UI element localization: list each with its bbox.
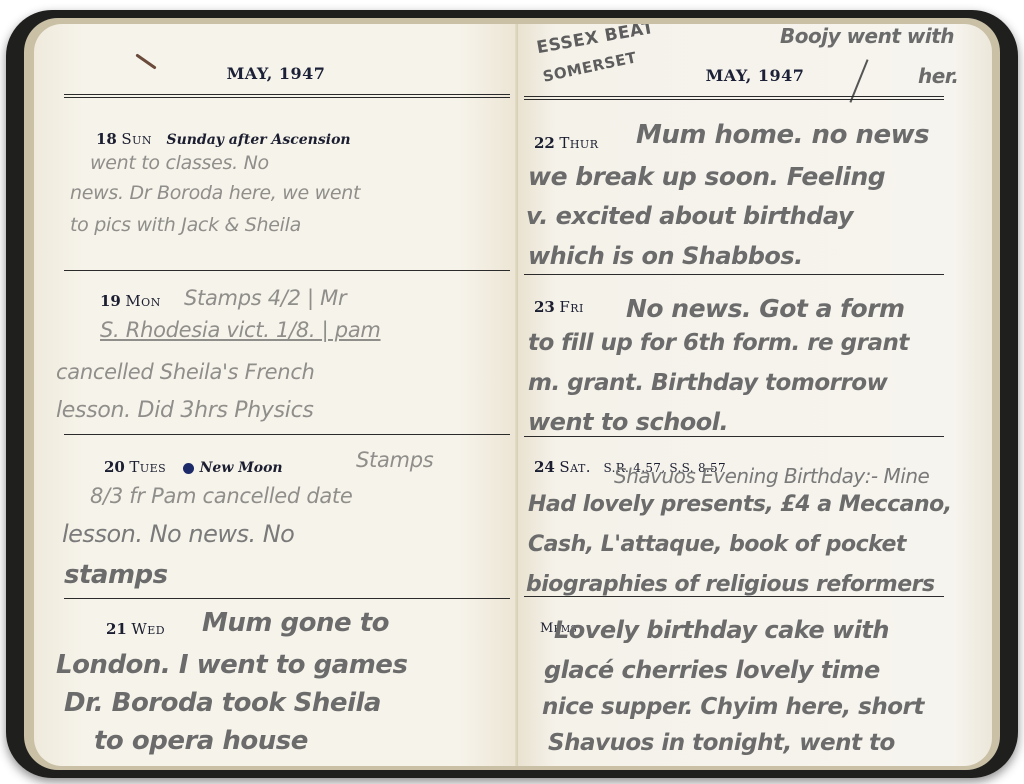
day-name: Sat.	[559, 458, 591, 476]
entry-line: which is on Shabbos.	[528, 242, 803, 270]
entry-line: to pics with Jack & Sheila	[70, 214, 301, 236]
day-number: 23	[534, 298, 555, 316]
entry-line: v. excited about birthday	[526, 202, 853, 230]
entry-line: S. Rhodesia vict. 1/8. | pam	[100, 318, 381, 342]
day-divider	[524, 596, 944, 597]
day-divider	[524, 274, 944, 275]
day-note: New Moon	[200, 460, 283, 476]
entry-line: glacé cherries lovely time	[544, 656, 880, 684]
entry-line: Mum gone to	[202, 608, 389, 638]
entry-line: to opera house	[94, 726, 308, 756]
entry-line: Stamps 4/2 | Mr	[184, 286, 346, 310]
entry-line: lesson. No news. No	[62, 520, 294, 548]
day-label-22: 22 Thur	[534, 134, 598, 152]
day-name: Fri	[559, 298, 584, 316]
entry-line: went to classes. No	[90, 152, 269, 174]
day-number: 24	[534, 458, 555, 476]
header-rule	[64, 94, 510, 98]
entry-line: cancelled Sheila's French	[56, 360, 315, 384]
day-label-20: 20 Tues New Moon	[104, 458, 283, 476]
day-name: Mon	[125, 292, 161, 310]
right-page: ESSEX BEAT SOMERSET Boojy went with her.…	[518, 24, 992, 766]
day-label-23: 23 Fri	[534, 298, 584, 316]
entry-line: Shavuos Evening Birthday:- Mine	[614, 464, 929, 488]
page-header-left: MAY, 1947	[34, 64, 518, 83]
day-divider	[524, 436, 944, 437]
day-number: 22	[534, 134, 555, 152]
day-number: 20	[104, 458, 125, 476]
entry-line: London. I went to games	[56, 650, 407, 680]
entry-line: Had lovely presents, £4 a Meccano,	[528, 492, 952, 517]
entry-line: news. Dr Boroda here, we went	[70, 182, 360, 204]
new-moon-icon	[183, 463, 194, 474]
entry-line: m. grant. Birthday tomorrow	[528, 370, 887, 396]
entry-line: No news. Got a form	[626, 294, 905, 323]
entry-line: nice supper. Chyim here, short	[542, 694, 924, 720]
left-page: MAY, 1947 18 Sun Sunday after Ascension …	[34, 24, 518, 766]
day-number: 19	[100, 292, 121, 310]
entry-line: we break up soon. Feeling	[528, 162, 885, 191]
day-number: 18	[96, 130, 117, 148]
entry-line: went to school.	[528, 408, 728, 436]
margin-note: ESSEX BEAT	[535, 24, 656, 58]
entry-line: Cash, L'attaque, book of pocket	[528, 532, 906, 557]
entry-line: 8/3 fr Pam cancelled date	[90, 484, 352, 508]
day-number: 21	[106, 620, 127, 638]
entry-line: Shavuos in tonight, went to	[548, 730, 895, 756]
page-header-right: MAY, 1947	[518, 66, 992, 85]
entry-line: biographies of religious reformers	[526, 572, 935, 597]
entry-line: Lovely birthday cake with	[554, 616, 889, 644]
day-divider	[64, 598, 510, 599]
entry-line: Stamps	[356, 448, 433, 472]
margin-note: Boojy went with	[780, 24, 954, 48]
day-divider	[64, 270, 510, 271]
day-name: Tues	[129, 458, 166, 476]
entry-line: Mum home. no news	[636, 120, 929, 150]
day-label-19: 19 Mon	[100, 292, 161, 310]
day-name: Wed	[131, 620, 165, 638]
day-name: Sun	[121, 130, 152, 148]
day-label-18: 18 Sun Sunday after Ascension	[96, 130, 351, 148]
entry-line: to fill up for 6th form. re grant	[528, 330, 909, 356]
day-name: Thur	[559, 134, 598, 152]
day-note: Sunday after Ascension	[166, 132, 350, 148]
entry-line: lesson. Did 3hrs Physics	[56, 398, 314, 423]
day-divider	[64, 434, 510, 435]
day-label-21: 21 Wed	[106, 620, 165, 638]
entry-line: stamps	[64, 560, 168, 590]
entry-line: Dr. Boroda took Sheila	[64, 688, 381, 718]
header-rule	[524, 96, 944, 100]
